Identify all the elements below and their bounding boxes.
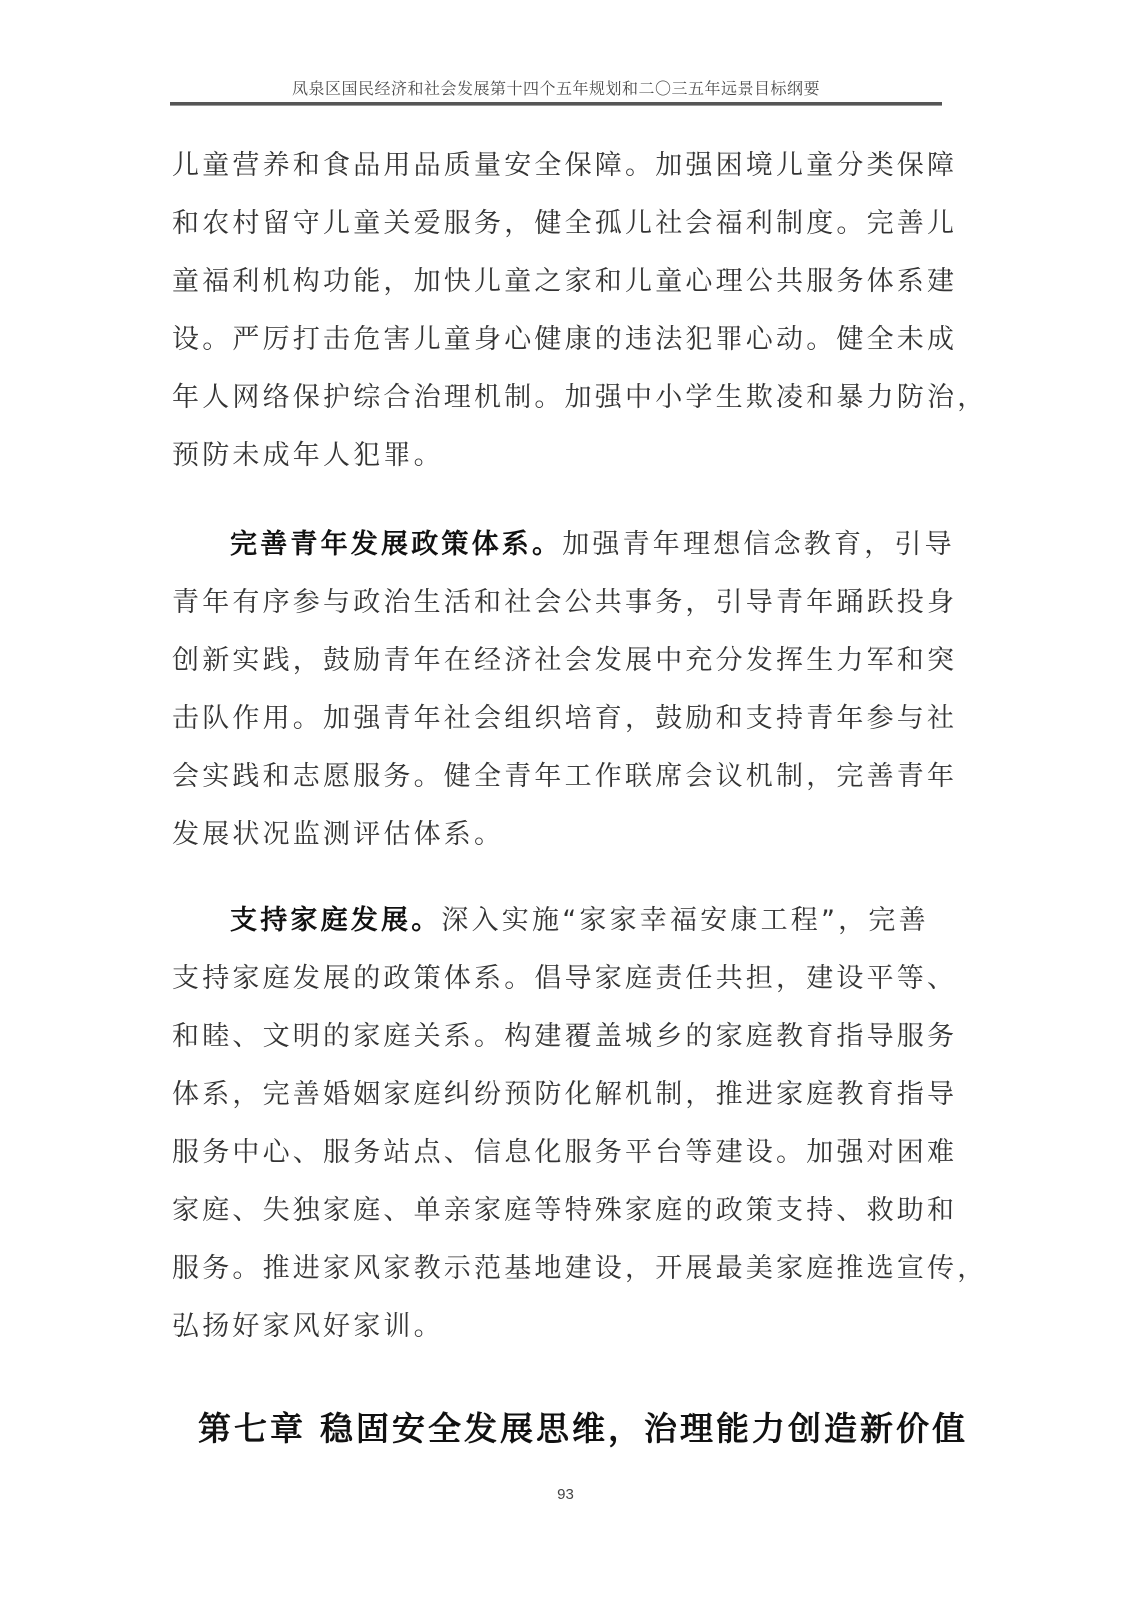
text-line: 青年有序参与政治生活和社会公共事务，引导青年踊跃投身 [172,574,947,632]
text-run: 深入实施“家家幸福安康工程”，完善 [441,905,928,936]
text-line: 体系，完善婚姻家庭纠纷预防化解机制，推进家庭教育指导 [172,1066,947,1124]
text-line: 童福利机构功能，加快儿童之家和儿童心理公共服务体系建 [172,253,947,311]
text-line: 和农村留守儿童关爱服务，健全孤儿社会福利制度。完善儿 [172,195,947,253]
text-line: 年人网络保护综合治理机制。加强中小学生欺凌和暴力防治， [172,369,947,427]
chapter-number: 第七章 [198,1409,306,1448]
text-line: 完善青年发展政策体系。加强青年理想信念教育，引导 [172,516,947,574]
page-number: 93 [0,1486,1131,1503]
text-line: 会实践和志愿服务。健全青年工作联席会议机制，完善青年 [172,748,947,806]
text-line: 家庭、失独家庭、单亲家庭等特殊家庭的政策支持、救助和 [172,1182,947,1240]
text-line: 支持家庭发展。深入实施“家家幸福安康工程”，完善 [172,892,947,950]
text-line: 儿童营养和食品用品质量安全保障。加强困境儿童分类保障 [172,137,947,195]
text-line: 发展状况监测评估体系。 [172,806,947,864]
text-line: 预防未成年人犯罪。 [172,427,947,485]
text-run: 加强青年理想信念教育，引导 [562,529,955,560]
text-line: 创新实践，鼓励青年在经济社会发展中充分发挥生力军和突 [172,632,947,690]
text-line: 和睦、文明的家庭关系。构建覆盖城乡的家庭教育指导服务 [172,1008,947,1066]
text-line: 弘扬好家风好家训。 [172,1298,947,1356]
text-line: 设。严厉打击危害儿童身心健康的违法犯罪心动。健全未成 [172,311,947,369]
running-header: 凤泉区国民经济和社会发展第十四个五年规划和二〇三五年远景目标纲要 [170,78,942,100]
text-line: 服务。推进家风家教示范基地建设，开展最美家庭推选宣传， [172,1240,947,1298]
paragraph-children-welfare: 儿童营养和食品用品质量安全保障。加强困境儿童分类保障 和农村留守儿童关爱服务，健… [172,137,947,485]
paragraph-lead: 完善青年发展政策体系。 [230,529,562,560]
chapter-title: 稳固安全发展思维，治理能力创造新价值 [320,1409,968,1448]
text-line: 击队作用。加强青年社会组织培育，鼓励和支持青年参与社 [172,690,947,748]
paragraph-youth-development: 完善青年发展政策体系。加强青年理想信念教育，引导 青年有序参与政治生活和社会公共… [172,516,947,864]
paragraph-family-development: 支持家庭发展。深入实施“家家幸福安康工程”，完善 支持家庭发展的政策体系。倡导家… [172,892,947,1356]
chapter-heading: 第七章稳固安全发展思维，治理能力创造新价值 [198,1404,968,1454]
text-line: 支持家庭发展的政策体系。倡导家庭责任共担，建设平等、 [172,950,947,1008]
header-rule [170,102,942,106]
text-line: 服务中心、服务站点、信息化服务平台等建设。加强对困难 [172,1124,947,1182]
paragraph-lead: 支持家庭发展。 [230,905,441,936]
